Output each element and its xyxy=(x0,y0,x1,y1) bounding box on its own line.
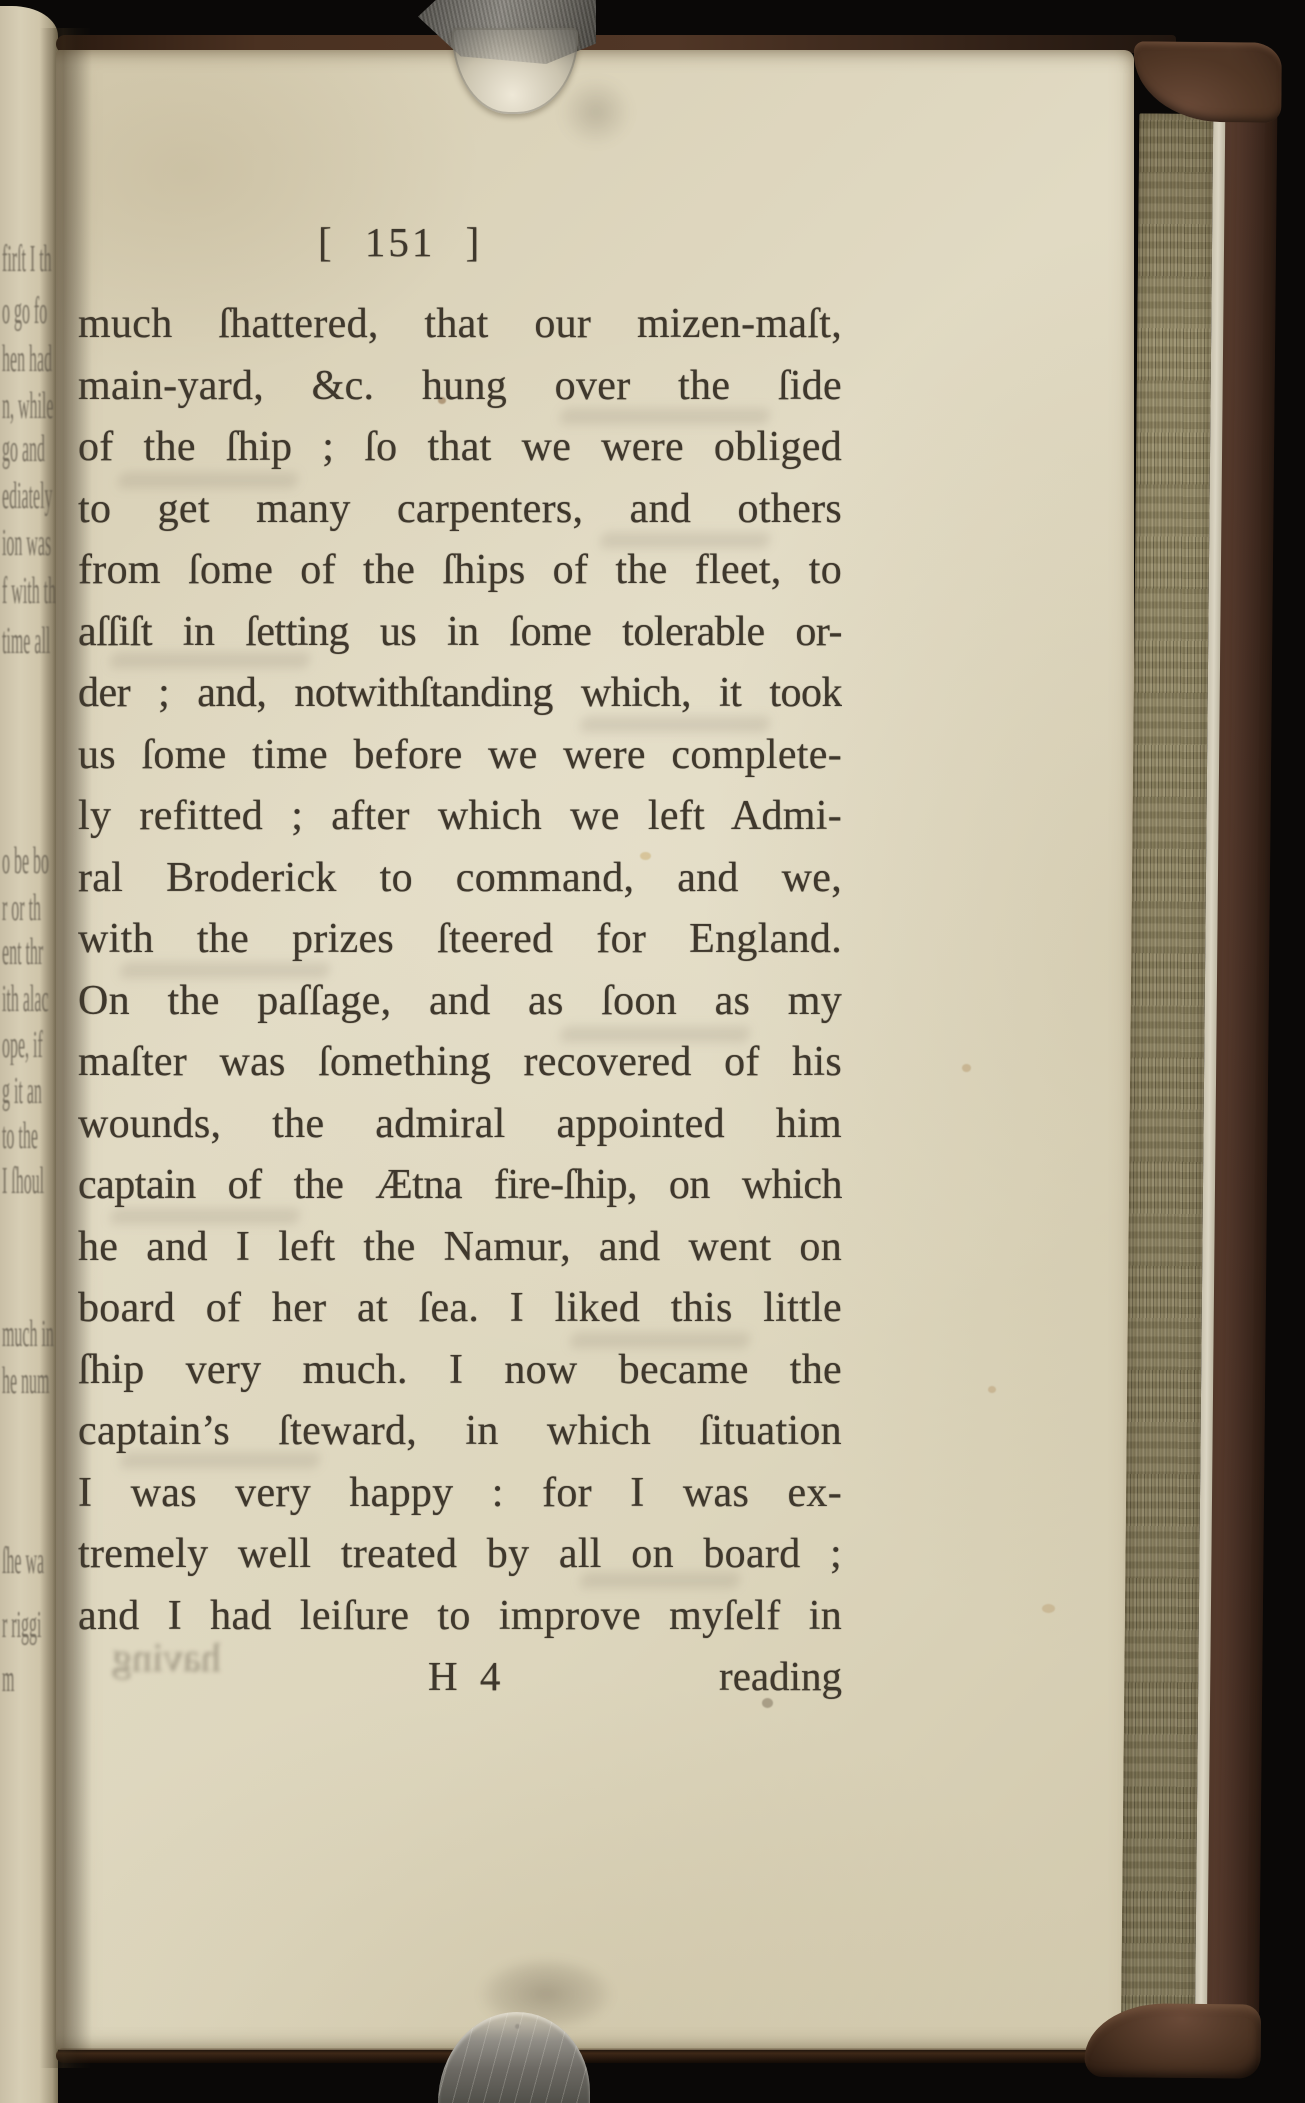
facing-page-fragment: time all xyxy=(2,622,50,660)
text-line: maſter was ſomething recovered of his xyxy=(78,1032,842,1094)
facing-page-fragment: r or th xyxy=(2,889,41,927)
book-right-edge xyxy=(1108,41,1294,2078)
facing-page-fragment: much in xyxy=(2,1315,54,1353)
facing-page-fragment: ion was xyxy=(2,524,51,562)
facing-page-fragment: I ſhoul xyxy=(2,1162,44,1200)
text-line: from ſome of the ſhips of the fleet, to xyxy=(78,540,842,602)
cover-corner-bottom xyxy=(1084,2003,1261,2079)
text-line: much ſhattered, that our mizen-maſt, xyxy=(78,294,842,356)
text-line: der ; and, notwithſtanding which, it too… xyxy=(78,663,842,725)
facing-page-fragment: firſt I th xyxy=(2,240,52,278)
facing-page-fragment: to the xyxy=(2,1117,38,1155)
catchword: reading xyxy=(719,1652,842,1700)
facing-page-fragment: ith alac xyxy=(2,980,49,1018)
page-text: much ſhattered, that our mizen-maſt,main… xyxy=(78,294,842,1647)
book-photograph: firſt I tho go fohen hadn, whilego anded… xyxy=(0,0,1305,2103)
text-line: captain’s ſteward, in which ſituation xyxy=(78,1401,842,1463)
text-line: main-yard, &c. hung over the ſide xyxy=(78,356,842,418)
text-line: I was very happy : for I was ex- xyxy=(78,1463,842,1525)
facing-page-fragment: ent thr xyxy=(2,933,43,971)
text-line: wounds, the admiral appointed him xyxy=(78,1094,842,1156)
facing-page-fragment: n, while xyxy=(2,387,53,425)
facing-page-fragment: r riggi xyxy=(2,1606,41,1644)
text-line: he and I left the Namur, and went on xyxy=(78,1217,842,1279)
text-line: tremely well treated by all on board ; xyxy=(78,1524,842,1586)
facing-page-fragment: o be bo xyxy=(2,842,49,880)
signature-row: H 4 reading xyxy=(78,1652,842,1714)
cover-corner-top xyxy=(1133,41,1282,122)
facing-page-text-fragments: firſt I tho go fohen hadn, whilego anded… xyxy=(0,0,56,2103)
text-line: of the ſhip ; ſo that we were obliged xyxy=(78,417,842,479)
facing-page-fragment: g it an xyxy=(2,1072,42,1110)
facing-page-fragment: he num xyxy=(2,1362,49,1400)
foxing-stain xyxy=(988,1386,996,1393)
text-line: ral Broderick to command, and we, xyxy=(78,848,842,910)
facing-page-fragment: f with th xyxy=(2,572,56,610)
signature-mark: H 4 xyxy=(428,1652,500,1700)
text-line: ſhip very much. I now became the xyxy=(78,1340,842,1402)
text-line: aſſiſt in ſetting us in ſome tolerable o… xyxy=(78,602,842,664)
facing-page-fragment: go and xyxy=(2,430,45,468)
facing-page-fragment: m xyxy=(2,1660,14,1698)
foxing-stain xyxy=(1042,1604,1055,1613)
text-line: with the prizes ſteered for England. xyxy=(78,909,842,971)
text-line: captain of the Ætna fire-ſhip, on which xyxy=(78,1155,842,1217)
text-line: to get many carpenters, and others xyxy=(78,479,842,541)
facing-page-fragment: ope, if xyxy=(2,1026,43,1064)
text-line: and I had leiſure to improve myſelf in xyxy=(78,1586,842,1648)
text-line: board of her at ſea. I liked this little xyxy=(78,1278,842,1340)
facing-page-fragment: ſhe wa xyxy=(2,1542,44,1580)
facing-page-fragment: o go fo xyxy=(2,292,47,330)
text-line: ly refitted ; after which we left Admi- xyxy=(78,786,842,848)
page-number-header: [ 151 ] xyxy=(318,218,518,266)
foxing-stain xyxy=(962,1064,971,1072)
text-line: On the paſſage, and as ſoon as my xyxy=(78,971,842,1033)
text-line: us ſome time before we were complete- xyxy=(78,725,842,787)
cover-bottom-edge xyxy=(56,2048,1186,2063)
facing-page-fragment: ediately xyxy=(2,477,53,515)
facing-page-fragment: hen had xyxy=(2,340,52,378)
